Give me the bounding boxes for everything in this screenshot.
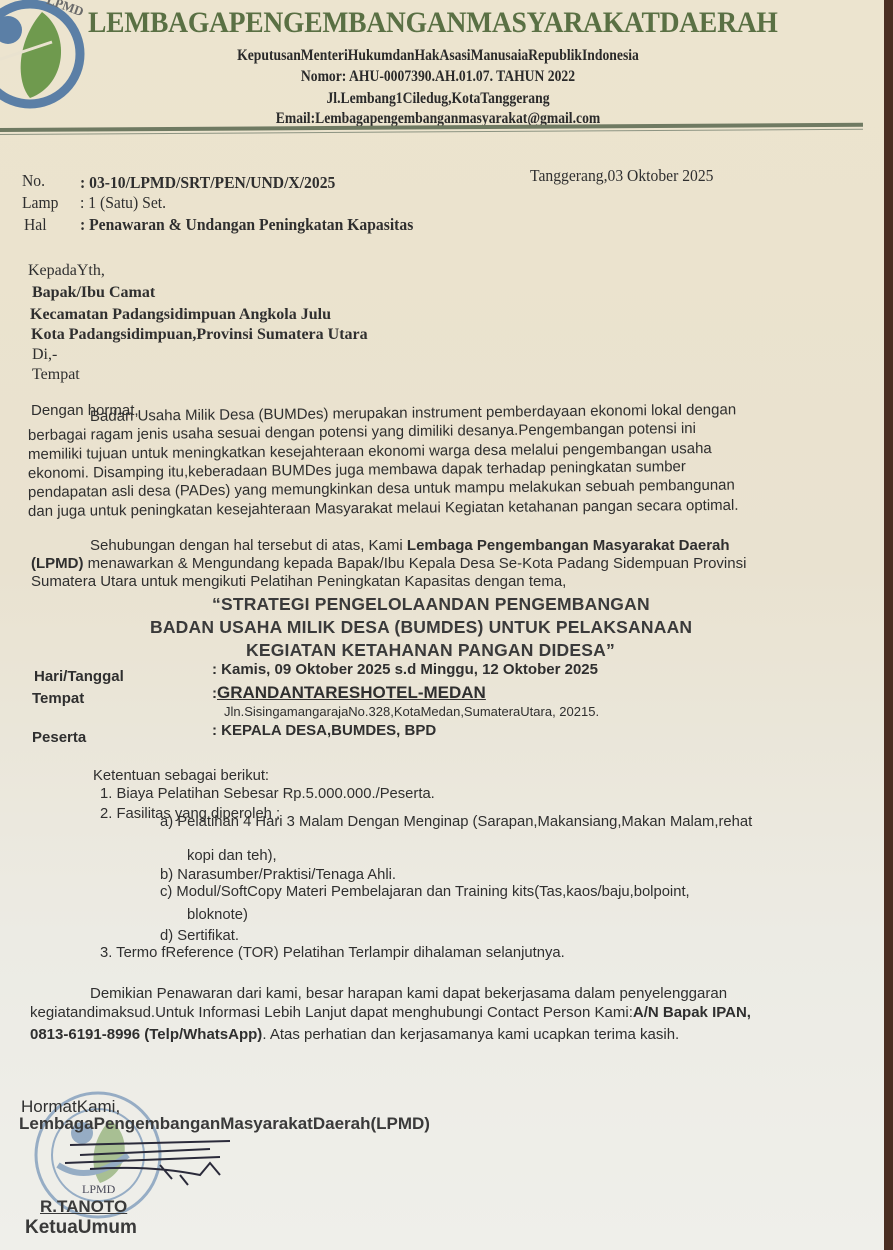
- terms-subitem: c) Modul/SoftCopy Materi Pembelajaran da…: [160, 884, 690, 900]
- signatory-title: KetuaUmum: [25, 1217, 137, 1239]
- registration-number: Nomor: AHU-0007390.AH.01.07. TAHUN 2022: [130, 68, 746, 86]
- decree-text: KeputusanMenteriHukumdanHakAsasiManusaia…: [130, 47, 746, 65]
- terms-subitem: a) Pelatihan 4 Hari 3 Malam Dengan Mengi…: [160, 814, 752, 830]
- recipient-line: Tempat: [32, 366, 80, 384]
- date-value: : Kamis, 09 Oktober 2025 s.d Minggu, 12 …: [212, 661, 598, 678]
- letter-page: LPMD LEMBAGAPENGEMBANGANMASYARAKATDAERAH…: [0, 0, 884, 1250]
- closing-text: . Atas perhatian dan kerjasamanya kami u…: [262, 1026, 679, 1043]
- org-address: Jl.Lembang1Ciledug,KotaTanggerang: [130, 90, 746, 108]
- org-abbrev-inline: (LPMD): [31, 555, 84, 572]
- theme-line: “STRATEGI PENGELOLAANDAN PENGEMBANGAN: [212, 594, 650, 615]
- terms-subitem-cont: kopi dan teh),: [187, 848, 277, 864]
- invitation-text: Sehubungan dengan hal tersebut di atas, …: [90, 537, 407, 554]
- place-date: Tanggerang,03 Oktober 2025: [530, 166, 713, 186]
- terms-item: 3. Termo fReference (TOR) Pelatihan Terl…: [100, 945, 565, 961]
- terms-subitem: b) Narasumber/Praktisi/Tenaga Ahli.: [160, 867, 396, 883]
- participants-label: Peserta: [32, 729, 86, 746]
- paragraph-line: dan juga untuk peningkatan kesejahteraan…: [28, 497, 739, 520]
- recipient-line: Kota Padangsidimpuan,Provinsi Sumatera U…: [31, 326, 368, 344]
- contact-phone: 0813-6191-8996 (Telp/WhatsApp): [30, 1026, 262, 1043]
- place-value: :GRANDANTARESHOTEL-MEDAN: [212, 683, 486, 703]
- recipient-salutation: KepadaYth,: [28, 262, 105, 280]
- terms-item: 1. Biaya Pelatihan Sebesar Rp.5.000.000.…: [100, 786, 435, 802]
- no-value: : 03-10/LPMD/SRT/PEN/UND/X/2025: [80, 173, 335, 193]
- contact-person: A/N Bapak IPAN,: [633, 1004, 751, 1021]
- theme-line: BADAN USAHA MILIK DESA (BUMDES) UNTUK PE…: [150, 617, 692, 638]
- hal-label: Hal: [24, 215, 47, 235]
- org-name-inline: Lembaga Pengembangan Masyarakat Daerah: [407, 537, 730, 554]
- closing-line: 0813-6191-8996 (Telp/WhatsApp). Atas per…: [30, 1026, 679, 1043]
- terms-subitem-cont: bloknote): [187, 907, 248, 923]
- hotel-name: GRANDANTARESHOTEL-MEDAN: [217, 683, 486, 702]
- closing-line: kegiatandimaksud.Untuk Informasi Lebih L…: [30, 1004, 751, 1021]
- paragraph-invitation-line: (LPMD) menawarkan & Mengundang kepada Ba…: [31, 555, 746, 572]
- signature-org: LembagaPengembanganMasyarakatDaerah(LPMD…: [19, 1114, 430, 1134]
- invitation-text: menawarkan & Mengundang kepada Bapak/Ibu…: [84, 555, 747, 572]
- closing-text: kegiatandimaksud.Untuk Informasi Lebih L…: [30, 1004, 633, 1021]
- lamp-value: : 1 (Satu) Set.: [80, 193, 166, 213]
- recipient-line: Bapak/Ibu Camat: [32, 284, 155, 302]
- paragraph-invitation-line: Sumatera Utara untuk mengikuti Pelatihan…: [31, 573, 566, 590]
- participants-value: : KEPALA DESA,BUMDES, BPD: [212, 722, 436, 739]
- place-label: Tempat: [32, 690, 84, 707]
- recipient-line: Di,-: [32, 346, 57, 364]
- paragraph-invitation-line: Sehubungan dengan hal tersebut di atas, …: [90, 537, 730, 554]
- terms-subitem: d) Sertifikat.: [160, 928, 239, 944]
- signatory-name: R.TANOTO: [40, 1197, 127, 1217]
- recipient-line: Kecamatan Padangsidimpuan Angkola Julu: [30, 306, 331, 324]
- org-name: LEMBAGAPENGEMBANGANMASYARAKATDAERAH: [88, 6, 778, 40]
- handwritten-signature: [60, 1135, 240, 1195]
- no-label: No.: [22, 171, 45, 191]
- lamp-label: Lamp: [22, 193, 58, 213]
- date-label: Hari/Tanggal: [34, 668, 124, 685]
- closing-line: Demikian Penawaran dari kami, besar hara…: [90, 985, 727, 1002]
- terms-intro: Ketentuan sebagai berikut:: [93, 768, 269, 784]
- theme-line: KEGIATAN KETAHANAN PANGAN DIDESA”: [246, 640, 615, 661]
- hal-value: : Penawaran & Undangan Peningkatan Kapas…: [80, 215, 413, 235]
- hotel-address: Jln.SisingamangarajaNo.328,KotaMedan,Sum…: [224, 704, 599, 719]
